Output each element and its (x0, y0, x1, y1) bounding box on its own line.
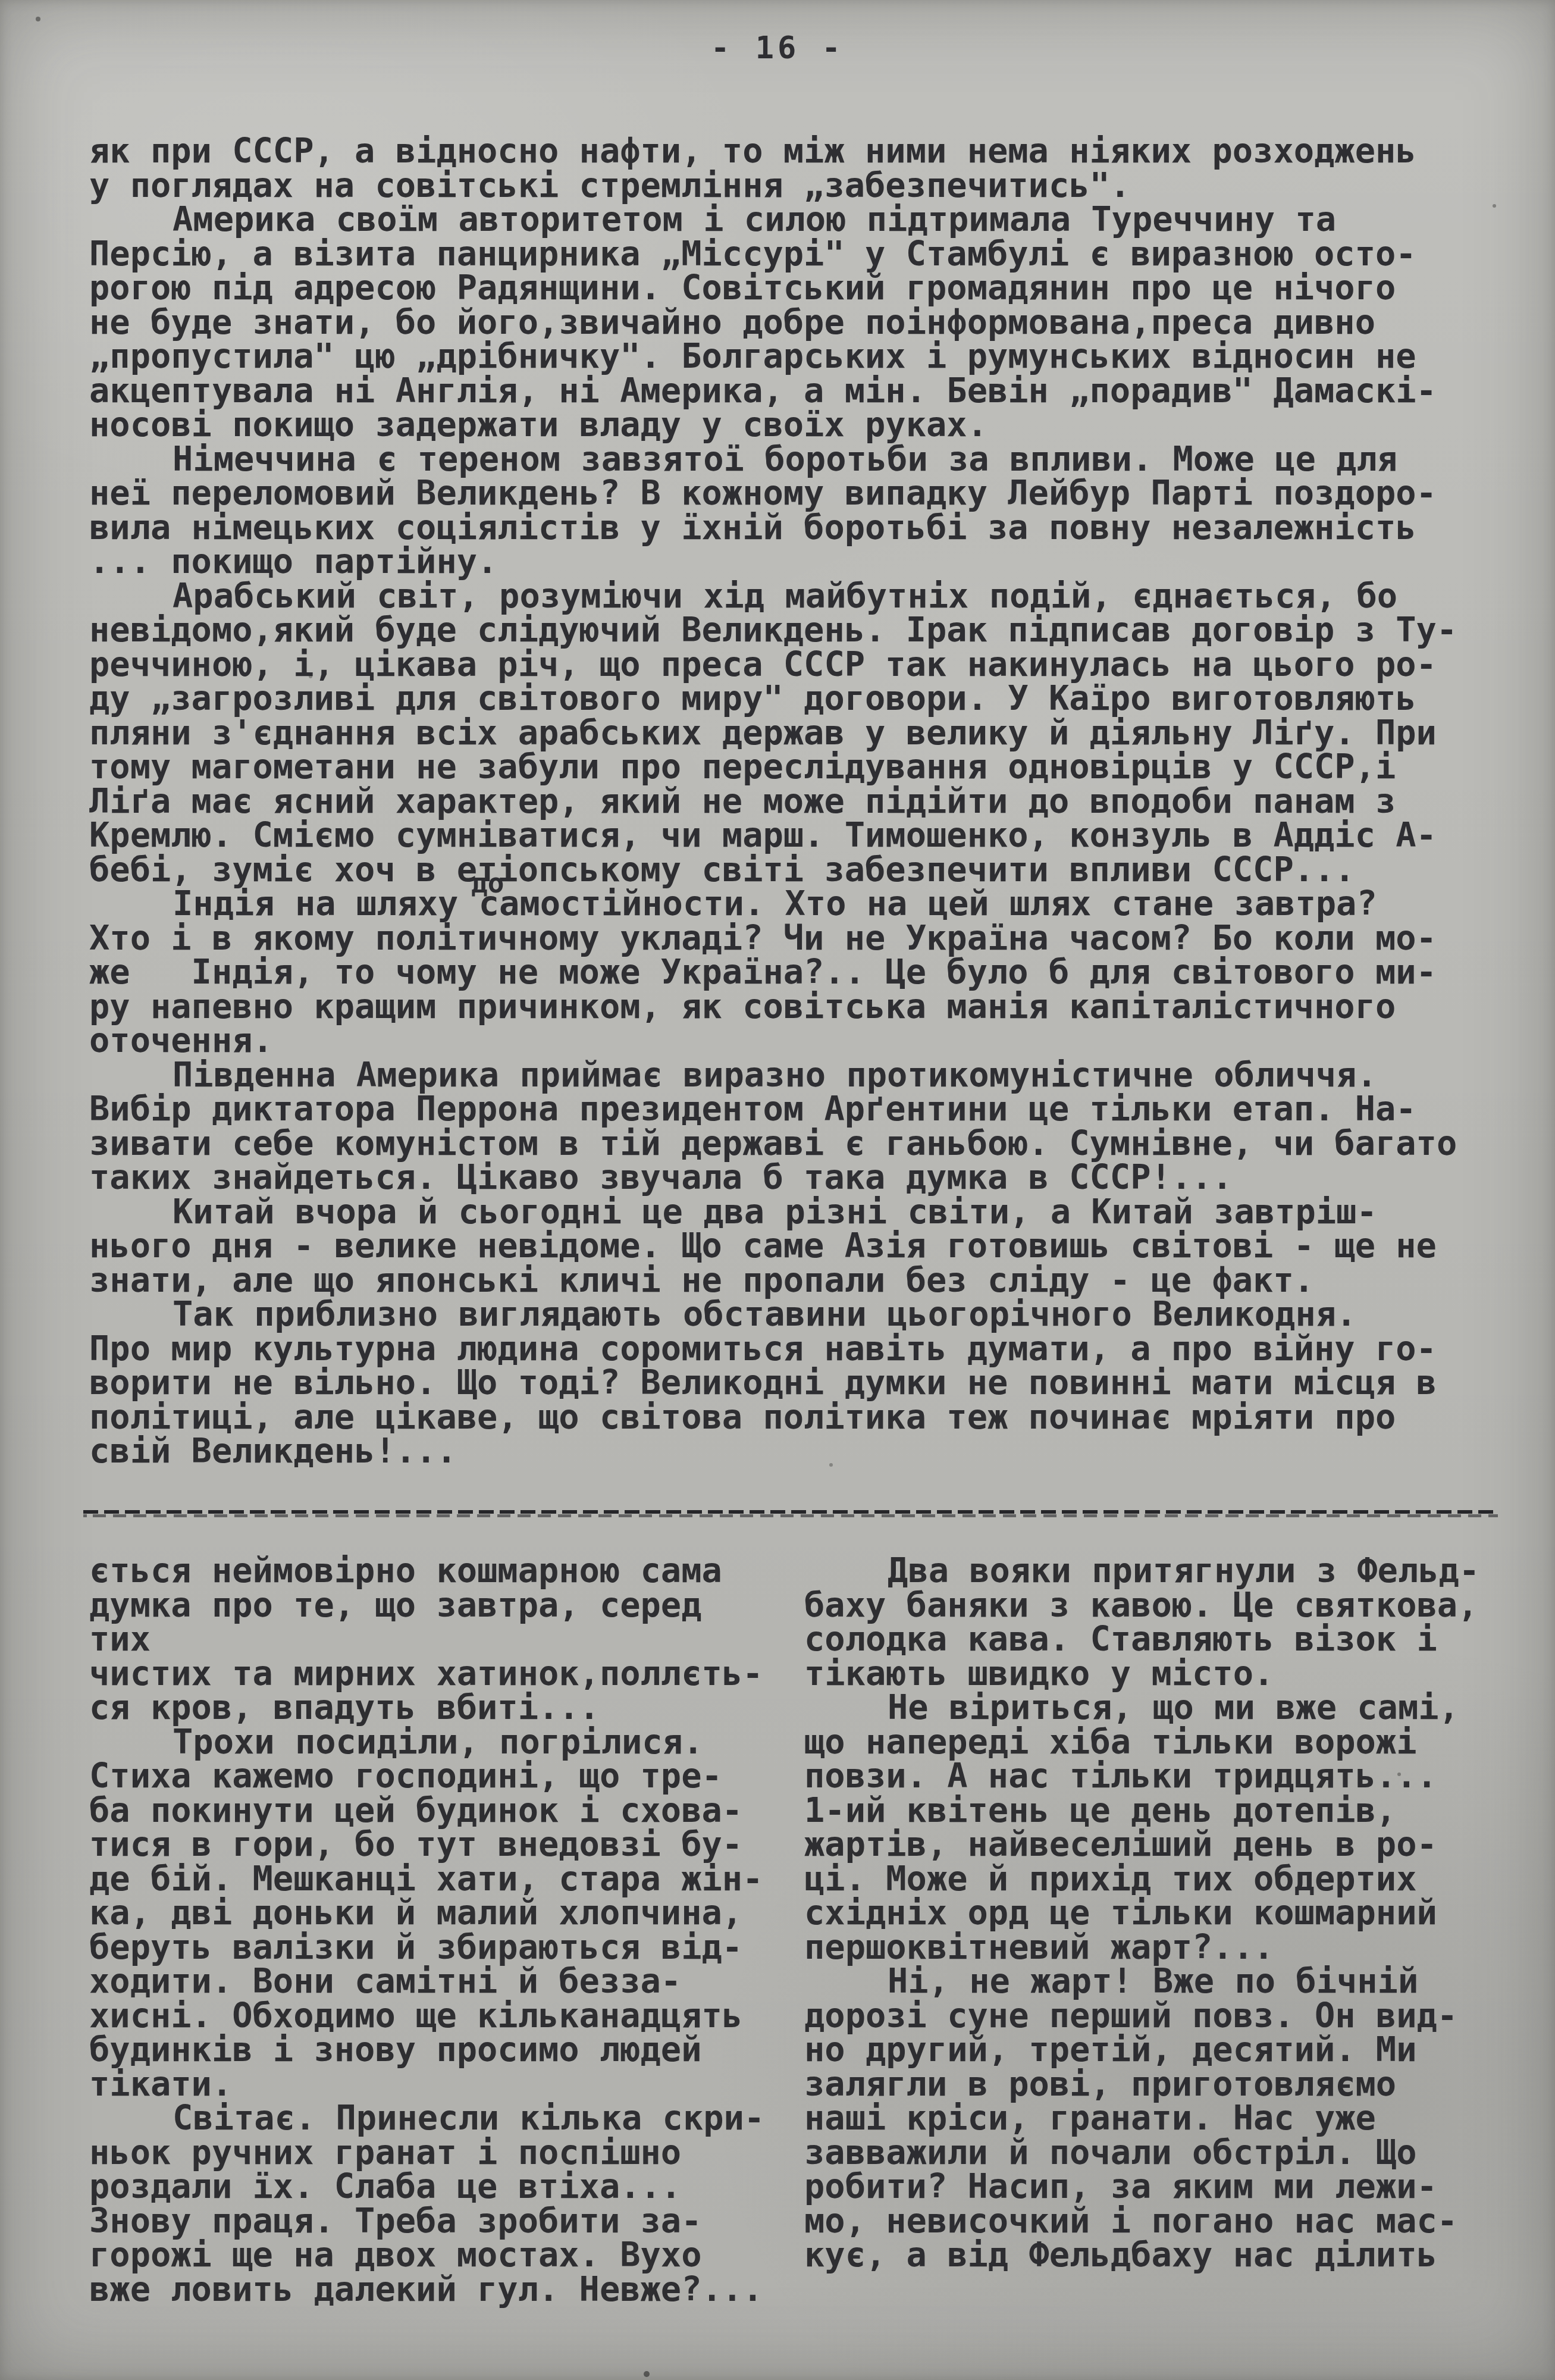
section-divider (83, 1510, 1498, 1518)
right-paragraph-2: Не віриться, що ми вже самі, що напереді… (804, 1691, 1493, 1965)
right-paragraph-3: Ні, не жарт! Вже по бічній дорозі суне п… (804, 1965, 1493, 2273)
left-column: ється неймовірно кошмарною сама думка пр… (89, 1554, 771, 2307)
paragraph-5-text: Індія на шляху самостійности. Хто на цей… (89, 884, 1437, 1060)
bottom-two-column-section: ється неймовірно кошмарною сама думка пр… (89, 1554, 1493, 2307)
main-article: як при СССР, а відносно нафти, то між ни… (89, 134, 1486, 1469)
document-page: - 16 - як при СССР, а відносно нафти, то… (0, 0, 1555, 2380)
page-number: - 16 - (0, 31, 1555, 65)
right-column: Два вояки притягнули з Фельд- баху баняк… (804, 1554, 1493, 2307)
right-paragraph-1: Два вояки притягнули з Фельд- баху баняк… (804, 1554, 1493, 1691)
paragraph-5: доІндія на шляху самостійности. Хто на ц… (89, 887, 1486, 1059)
paragraph-3: Німеччина є тереном завзятої боротьби за… (89, 443, 1486, 580)
paragraph-7: Китай вчора й сьогодні це два різні світ… (89, 1195, 1486, 1298)
paragraph-1: як при СССР, а відносно нафти, то між ни… (89, 134, 1486, 203)
left-paragraph-1: ється неймовірно кошмарною сама думка пр… (89, 1554, 771, 1725)
paragraph-6: Південна Америка приймає виразно протико… (89, 1059, 1486, 1195)
paragraph-4: Арабський світ, розуміючи хід майбутніх … (89, 580, 1486, 888)
typed-insertion: до (471, 869, 504, 897)
scan-specks (0, 0, 2, 2)
left-paragraph-3: Світає. Принесли кілька скри- ньок ручни… (89, 2102, 771, 2307)
paragraph-8: Так приблизно виглядають обставини цього… (89, 1298, 1486, 1469)
left-paragraph-2: Трохи посиділи, погрілися. Стиха кажемо … (89, 1725, 771, 2102)
paragraph-2: Америка своїм авторитетом і силою підтри… (89, 203, 1486, 443)
